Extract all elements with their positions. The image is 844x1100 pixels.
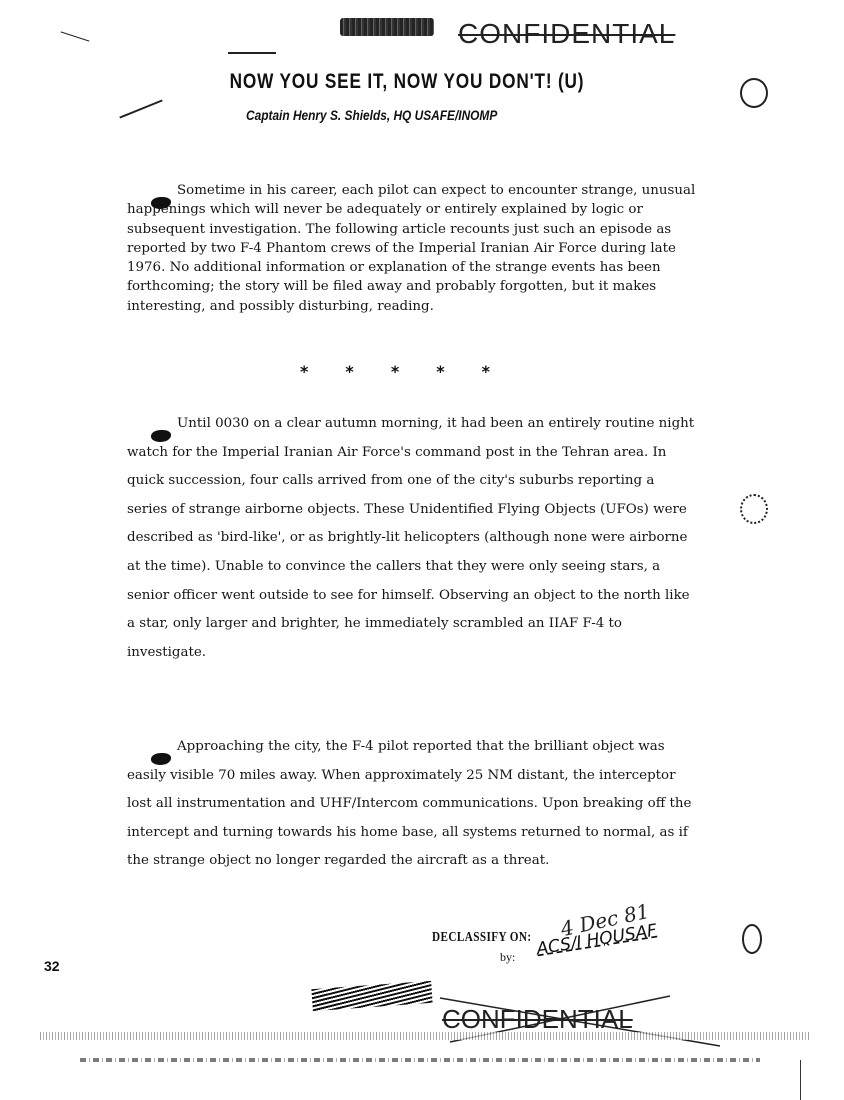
stray-mark [228,52,276,54]
punch-hole-icon [740,494,768,524]
section-separator: * * * * * [300,362,490,381]
scan-noise [80,1058,760,1062]
declassify-label: DECLASSIFY ON: [432,930,531,946]
article-byline: Captain Henry S. Shields, HQ USAFE/INOMP [246,107,497,123]
punch-hole-icon [740,78,768,108]
article-title: NOW YOU SEE IT, NOW YOU DON'T! (U) [73,70,765,94]
redacted-secret-stamp-bottom [311,981,432,1011]
stray-mark [61,31,90,41]
margin-line [800,1060,801,1100]
declassify-by-label: by: [500,950,515,965]
scan-noise [40,1032,810,1040]
punch-hole-icon [742,924,762,954]
page-number: 32 [44,958,60,974]
paragraph-intro: Sometime in his career, each pilot can e… [127,181,697,316]
redacted-secret-stamp-top [340,18,434,36]
paragraph-intercept: Approaching the city, the F-4 pilot repo… [127,733,697,876]
confidential-stamp-top: CONFIDENTIAL [458,18,675,50]
stray-mark [119,99,162,118]
strikeout-x-icon [430,990,730,1050]
paragraph-command-post: Until 0030 on a clear autumn morning, it… [127,410,697,667]
